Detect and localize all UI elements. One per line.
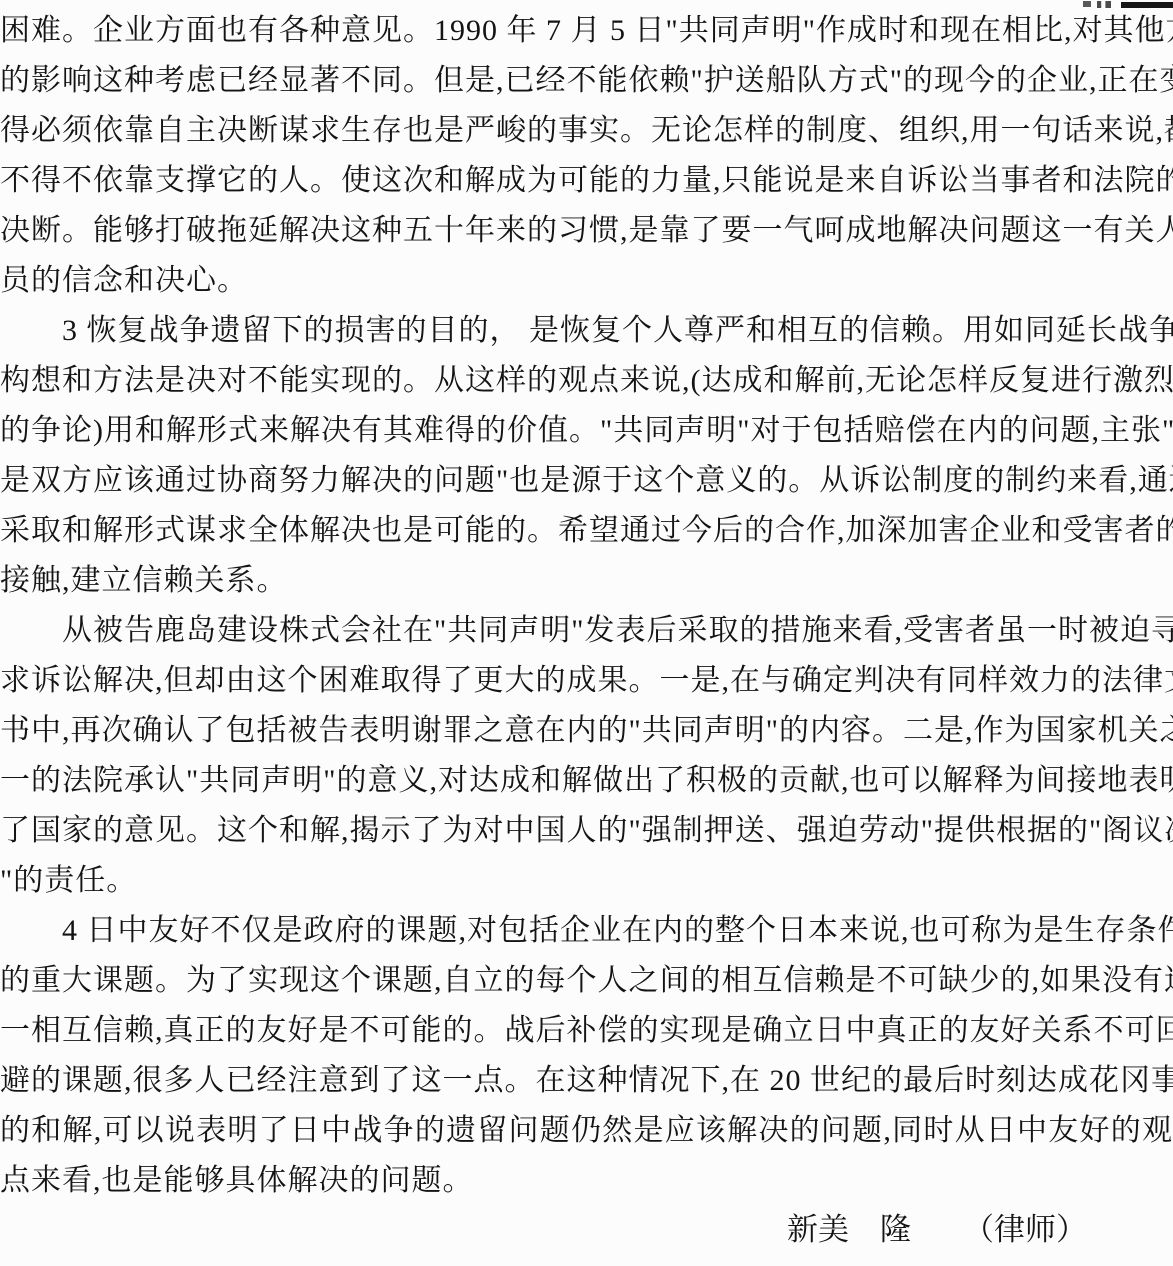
text-line paragraph-end: "的责任。	[0, 856, 1173, 906]
text-line: 不得不依靠支撑它的人。使这次和解成为可能的力量,只能说是来自诉讼当事者和法院的	[0, 156, 1173, 206]
text-line paragraph-end: 点来看,也是能够具体解决的问题。	[0, 1156, 1173, 1206]
text-line: 采取和解形式谋求全体解决也是可能的。希望通过今后的合作,加深加害企业和受害者的	[0, 506, 1173, 556]
text-line: 构想和方法是决对不能实现的。从这样的观点来说,(达成和解前,无论怎样反复进行激烈	[0, 356, 1173, 406]
text-line: 了国家的意见。这个和解,揭示了为对中国人的"强制押送、强迫劳动"提供根据的"阁议…	[0, 806, 1173, 856]
text-line: 困难。企业方面也有各种意见。1990 年 7 月 5 日"共同声明"作成时和现在…	[0, 6, 1173, 56]
text-line: 决断。能够打破拖延解决这种五十年来的习惯,是靠了要一气呵成地解决问题这一有关人	[0, 206, 1173, 256]
text-line paragraph-3-start: 3 恢复战争遗留下的损害的目的， 是恢复个人尊严和相互的信赖。用如同延长战争的	[0, 306, 1173, 356]
text-line paragraph-start: 从被告鹿岛建设株式会社在"共同声明"发表后采取的措施来看,受害者虽一时被迫寻	[0, 606, 1173, 656]
text-line: 得必须依靠自主决断谋求生存也是严峻的事实。无论怎样的制度、组织,用一句话来说,都	[0, 106, 1173, 156]
signature-line: 新美 隆 （律师）	[0, 1208, 1087, 1252]
author-title: （律师）	[963, 1208, 1087, 1252]
author-name: 新美 隆	[787, 1208, 911, 1252]
text-line: 求诉讼解决,但却由这个困难取得了更大的成果。一是,在与确定判决有同样效力的法律文	[0, 656, 1173, 706]
scanned-document-page: 困难。企业方面也有各种意见。1990 年 7 月 5 日"共同声明"作成时和现在…	[0, 0, 1173, 1266]
text-line: 的和解,可以说表明了日中战争的遗留问题仍然是应该解决的问题,同时从日中友好的观	[0, 1106, 1173, 1156]
text-line paragraph-4-start: 4 日中友好不仅是政府的课题,对包括企业在内的整个日本来说,也可称为是生存条件	[0, 906, 1173, 956]
text-line: 的影响这种考虑已经显著不同。但是,已经不能依赖"护送船队方式"的现今的企业,正在…	[0, 56, 1173, 106]
text-line paragraph-end: 接触,建立信赖关系。	[0, 556, 1173, 606]
text-line: 一相互信赖,真正的友好是不可能的。战后补偿的实现是确立日中真正的友好关系不可回	[0, 1006, 1173, 1056]
body-text: 困难。企业方面也有各种意见。1990 年 7 月 5 日"共同声明"作成时和现在…	[0, 6, 1173, 1206]
text-line: 是双方应该通过协商努力解决的问题"也是源于这个意义的。从诉讼制度的制约来看,通过	[0, 456, 1173, 506]
text-line: 书中,再次确认了包括被告表明谢罪之意在内的"共同声明"的内容。二是,作为国家机关…	[0, 706, 1173, 756]
text-line: 避的课题,很多人已经注意到了这一点。在这种情况下,在 20 世纪的最后时刻达成花…	[0, 1056, 1173, 1106]
text-line: 的重大课题。为了实现这个课题,自立的每个人之间的相互信赖是不可缺少的,如果没有这	[0, 956, 1173, 1006]
text-line paragraph-end: 员的信念和决心。	[0, 256, 1173, 306]
text-line: 一的法院承认"共同声明"的意义,对达成和解做出了积极的贡献,也可以解释为间接地表…	[0, 756, 1173, 806]
text-line: 的争论)用和解形式来解决有其难得的价值。"共同声明"对于包括赔偿在内的问题,主张…	[0, 406, 1173, 456]
